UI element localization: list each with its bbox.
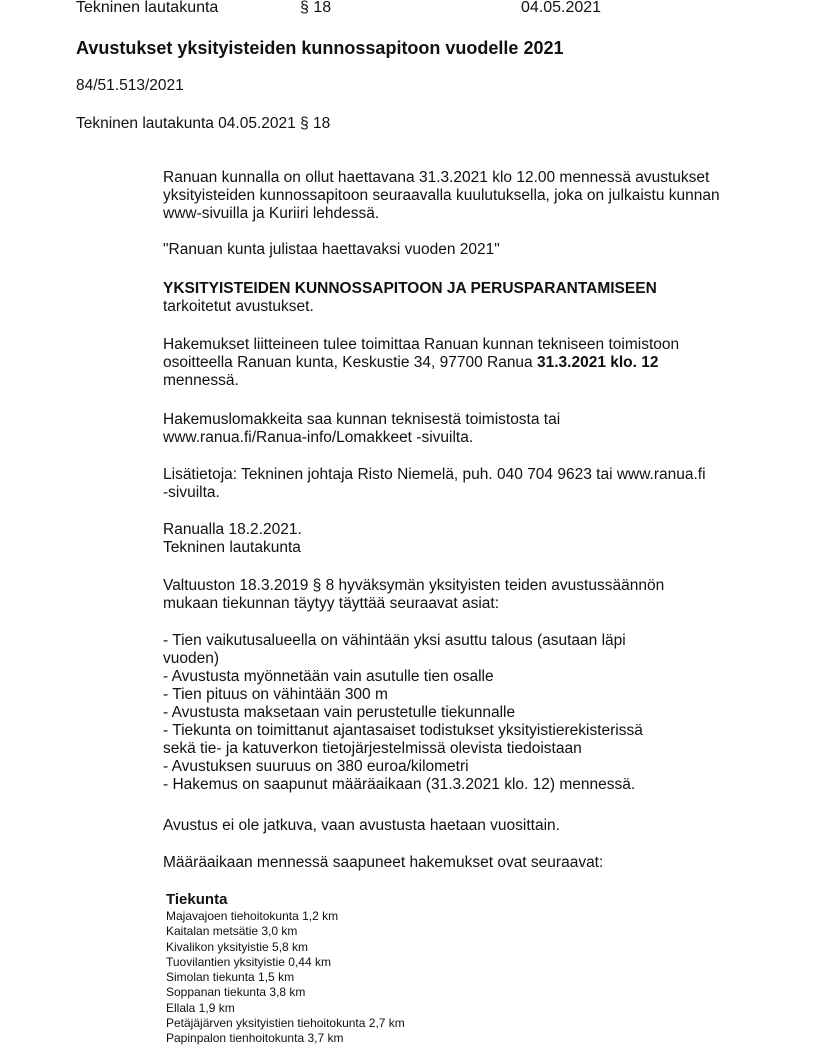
header-committee: Tekninen lautakunta bbox=[76, 0, 218, 18]
quote-text: "Ranuan kunta julistaa haettavaksi vuode… bbox=[163, 241, 753, 259]
intro-line: Ranuan kunnalla on ollut haettavana 31.3… bbox=[163, 169, 753, 187]
table-row: Majavajoen tiehoitokunta 1,2 km bbox=[166, 909, 405, 924]
table-row: Ellala 1,9 km bbox=[166, 1001, 405, 1016]
rules-intro: Valtuuston 18.3.2019 § 8 hyväksymän yksi… bbox=[163, 577, 753, 613]
applications-line: mennessä. bbox=[163, 372, 753, 390]
signature-line: Ranualla 18.2.2021. bbox=[163, 521, 753, 539]
signature-block: Ranualla 18.2.2021. Tekninen lautakunta bbox=[163, 521, 753, 557]
table-row: Petäjäjärven yksityistien tiehoitokunta … bbox=[166, 1016, 405, 1031]
condition-item: - Hakemus on saapunut määräaikaan (31.3.… bbox=[163, 776, 753, 794]
condition-item: - Avustusta maksetaan vain perustetulle … bbox=[163, 704, 753, 722]
table-row: Simolan tiekunta 1,5 km bbox=[166, 970, 405, 985]
condition-item: - Avustusta myönnetään vain asutulle tie… bbox=[163, 668, 753, 686]
condition-item: vuoden) bbox=[163, 650, 753, 668]
table-row: Papinpalon tienhoitokunta 3,7 km bbox=[166, 1031, 405, 1046]
condition-item: - Tien pituus on vähintään 300 m bbox=[163, 686, 753, 704]
meeting-reference: Tekninen lautakunta 04.05.2021 § 18 bbox=[76, 114, 330, 133]
header-section: § 18 bbox=[300, 0, 331, 18]
not-continuous-note: Avustus ei ole jatkuva, vaan avustusta h… bbox=[163, 817, 753, 835]
table-row: Tuovilantien yksityistie 0,44 km bbox=[166, 955, 405, 970]
forms-paragraph: Hakemuslomakkeita saa kunnan teknisestä … bbox=[163, 411, 753, 447]
grant-heading-rest: tarkoitetut avustukset. bbox=[163, 298, 753, 316]
info-line: Lisätietoja: Tekninen johtaja Risto Niem… bbox=[163, 466, 753, 484]
condition-item: - Tien vaikutusalueella on vähintään yks… bbox=[163, 632, 753, 650]
intro-line: www-sivuilla ja Kuriiri lehdessä. bbox=[163, 205, 753, 223]
record-number: 84/51.513/2021 bbox=[76, 76, 184, 95]
applications-paragraph: Hakemukset liitteineen tulee toimittaa R… bbox=[163, 336, 753, 390]
address-text: osoitteella Ranuan kunta, Keskustie 34, … bbox=[163, 354, 537, 371]
condition-item: - Avustuksen suuruus on 380 euroa/kilome… bbox=[163, 758, 753, 776]
signature-line: Tekninen lautakunta bbox=[163, 539, 753, 557]
rules-intro-line: mukaan tiekunnan täytyy täyttää seuraava… bbox=[163, 595, 753, 613]
road-association-table: Tiekunta Majavajoen tiehoitokunta 1,2 km… bbox=[166, 890, 405, 1047]
grant-heading-bold: YKSITYISTEIDEN KUNNOSSAPITOON JA PERUSPA… bbox=[163, 280, 753, 298]
intro-line: yksityisteiden kunnossapitoon seuraavall… bbox=[163, 187, 753, 205]
condition-item: sekä tie- ja katuverkon tietojärjestelmi… bbox=[163, 740, 753, 758]
table-header: Tiekunta bbox=[166, 890, 405, 909]
table-row: Soppanan tiekunta 3,8 km bbox=[166, 985, 405, 1000]
condition-item: - Tiekunta on toimittanut ajantasaiset t… bbox=[163, 722, 753, 740]
grant-heading: YKSITYISTEIDEN KUNNOSSAPITOON JA PERUSPA… bbox=[163, 280, 753, 316]
not-continuous-text: Avustus ei ole jatkuva, vaan avustusta h… bbox=[163, 817, 753, 835]
forms-line: www.ranua.fi/Ranua-info/Lomakkeet -sivui… bbox=[163, 429, 753, 447]
info-paragraph: Lisätietoja: Tekninen johtaja Risto Niem… bbox=[163, 466, 753, 502]
forms-line: Hakemuslomakkeita saa kunnan teknisestä … bbox=[163, 411, 753, 429]
applications-line: osoitteella Ranuan kunta, Keskustie 34, … bbox=[163, 354, 753, 372]
table-row: Kaitalan metsätie 3,0 km bbox=[166, 924, 405, 939]
conditions-list: - Tien vaikutusalueella on vähintään yks… bbox=[163, 632, 753, 794]
header-date: 04.05.2021 bbox=[521, 0, 601, 18]
deadline-bold: 31.3.2021 klo. 12 bbox=[537, 354, 659, 371]
applications-line: Hakemukset liitteineen tulee toimittaa R… bbox=[163, 336, 753, 354]
received-intro: Määräaikaan mennessä saapuneet hakemukse… bbox=[163, 854, 753, 872]
announcement-quote: "Ranuan kunta julistaa haettavaksi vuode… bbox=[163, 241, 753, 259]
page-title: Avustukset yksityisteiden kunnossapitoon… bbox=[76, 37, 564, 59]
info-line: -sivuilta. bbox=[163, 484, 753, 502]
intro-paragraph: Ranuan kunnalla on ollut haettavana 31.3… bbox=[163, 169, 753, 223]
rules-intro-line: Valtuuston 18.3.2019 § 8 hyväksymän yksi… bbox=[163, 577, 753, 595]
table-row: Kivalikon yksityistie 5,8 km bbox=[166, 940, 405, 955]
received-intro-text: Määräaikaan mennessä saapuneet hakemukse… bbox=[163, 854, 753, 872]
